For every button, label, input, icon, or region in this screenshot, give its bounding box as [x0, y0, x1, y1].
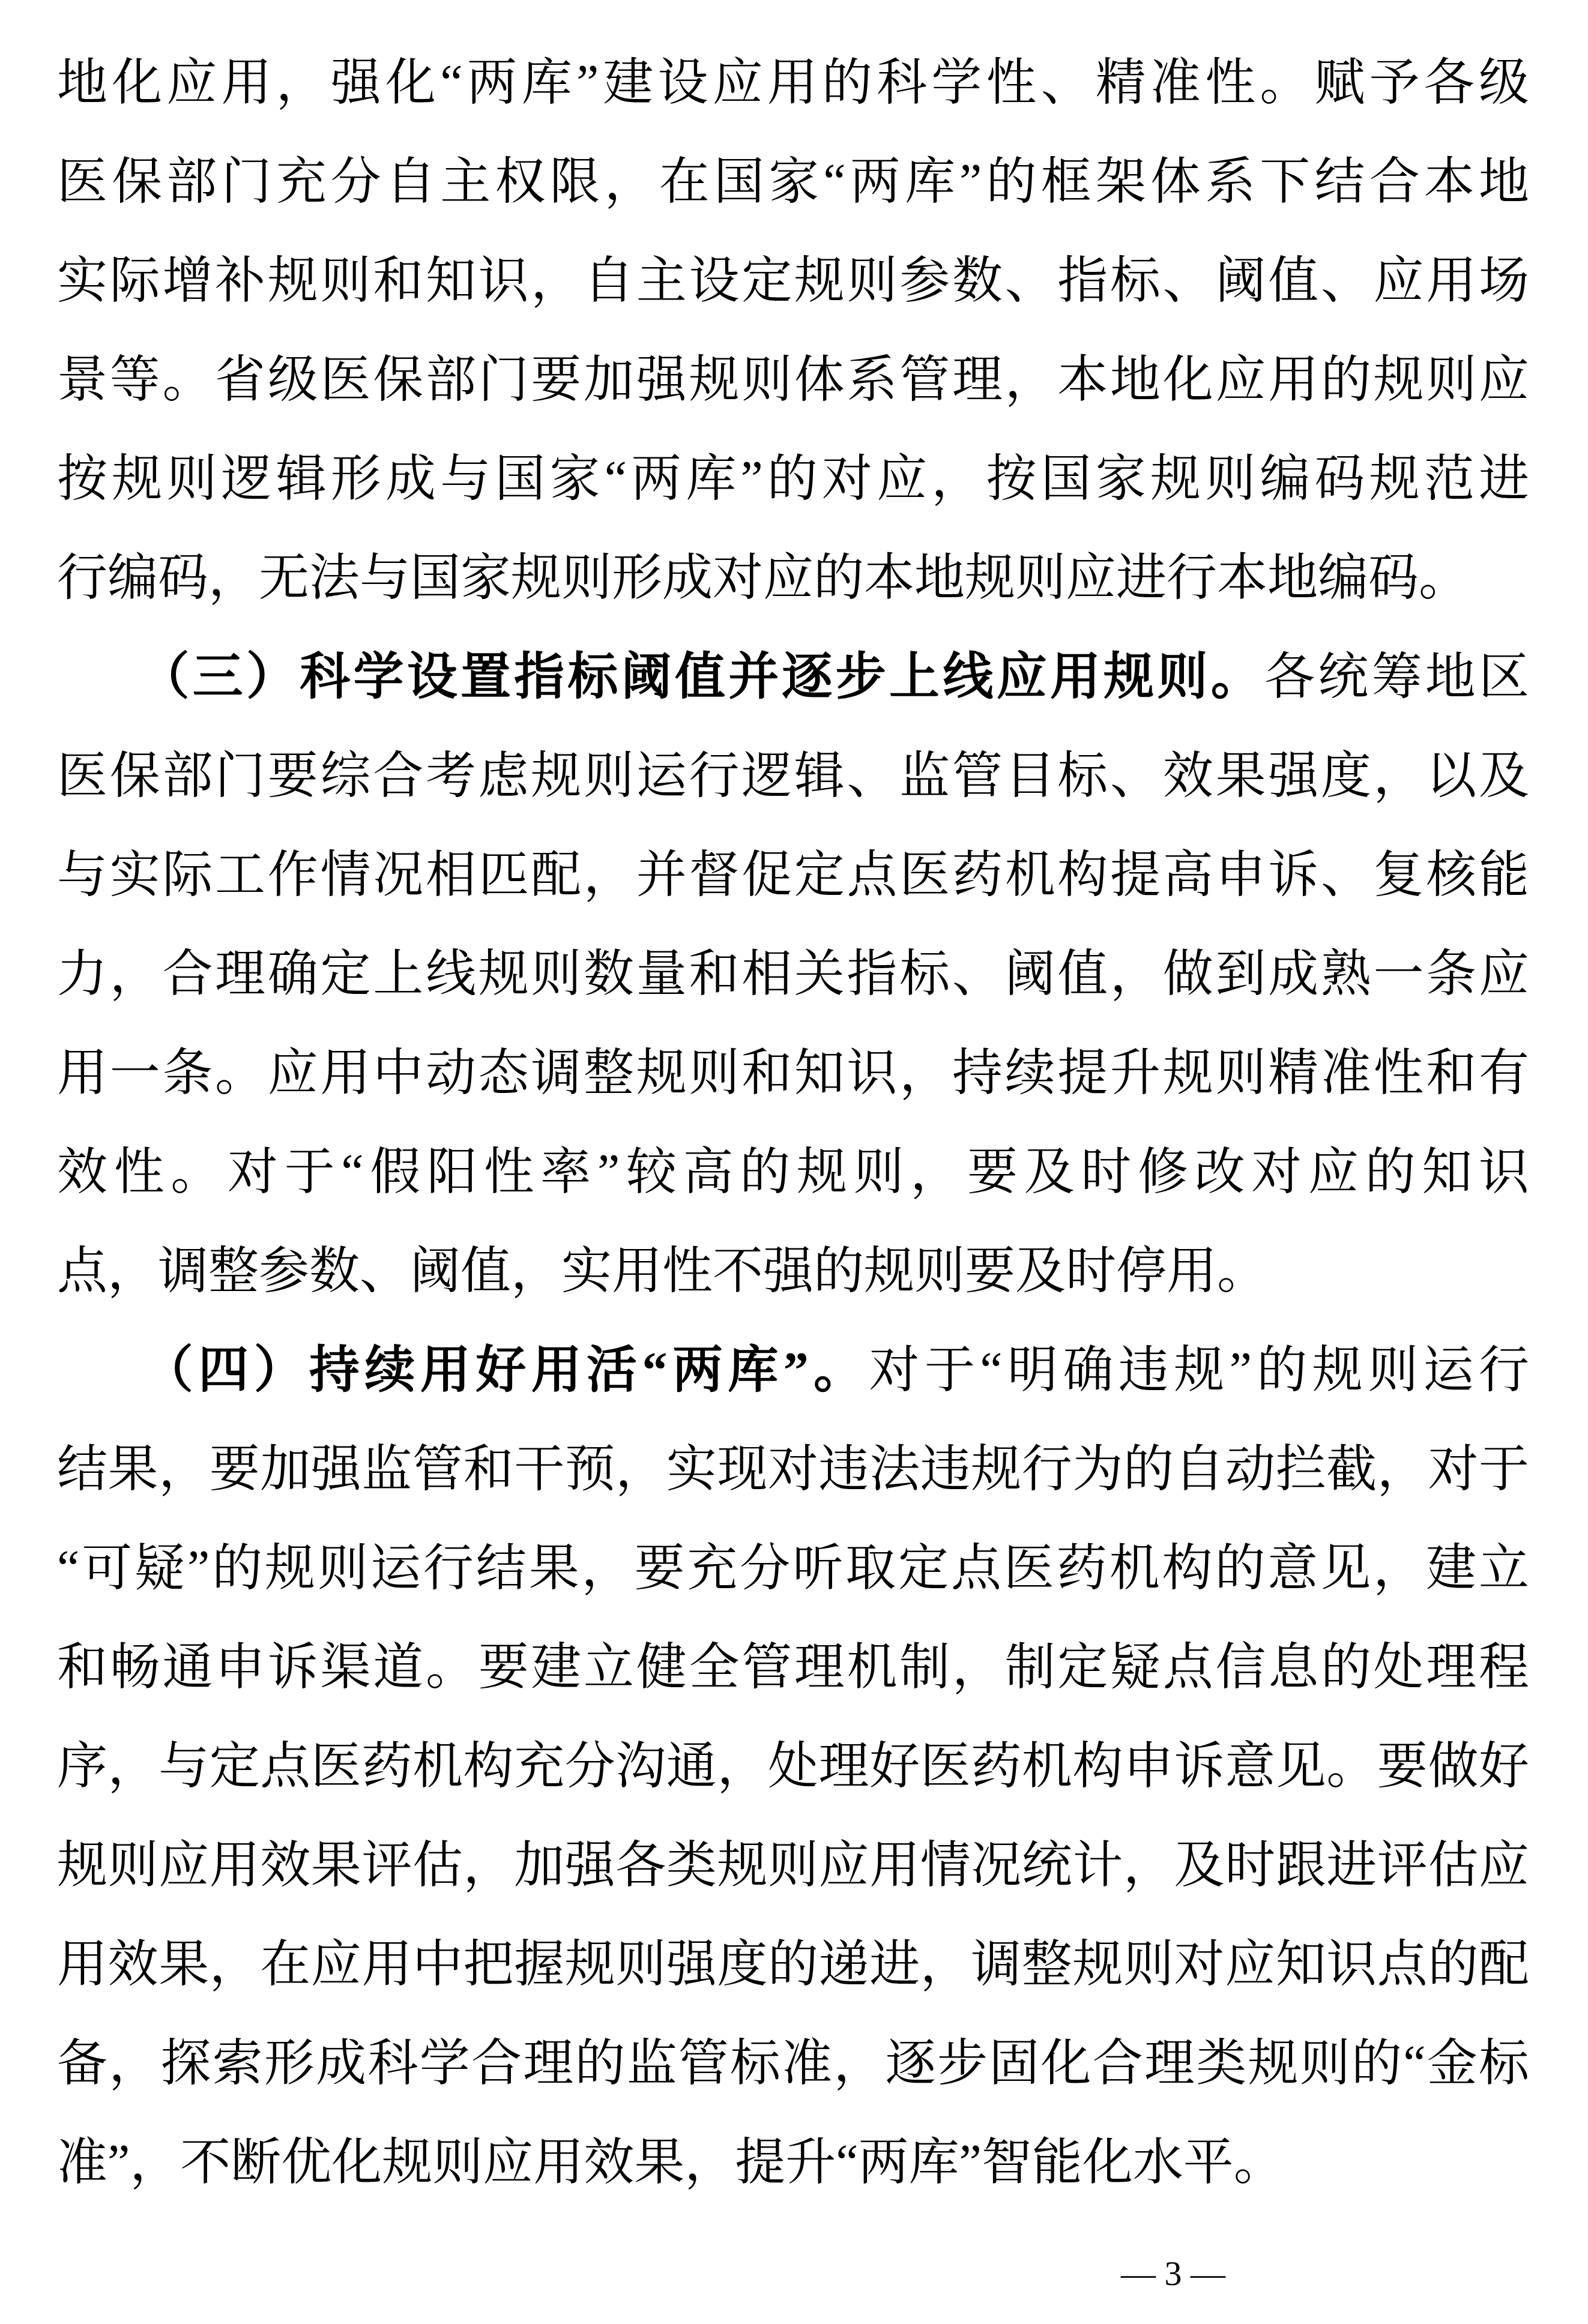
body-text: 规则应用效果评估，加强各类规则应用情况统计，及时跟进评估应 — [57, 1838, 1529, 1894]
text-line: 实际增补规则和知识，自主设定规则参数、指标、阈值、应用场 — [57, 232, 1529, 331]
body-text: 用一条。应用中动态调整规则和知识，持续提升规则精准性和有 — [57, 1046, 1529, 1101]
text-line: 力，合理确定上线规则数量和相关指标、阈值，做到成熟一条应 — [57, 925, 1529, 1024]
heading-text: （四）持续用好用活“两库”。 — [168, 1343, 869, 1398]
text-line: （四）持续用好用活“两库”。对于“明确违规”的规则运行 — [57, 1321, 1529, 1420]
document-page: { "page": { "background": "#ffffff", "te… — [0, 0, 1588, 2324]
text-line: 医保部门充分自主权限，在国家“两库”的框架体系下结合本地 — [57, 133, 1529, 232]
text-line: 备，探索形成科学合理的监管标准，逐步固化合理类规则的“金标 — [57, 2014, 1529, 2113]
text-line: 准”，不断优化规则应用效果，提升“两库”智能化水平。 — [57, 2113, 1529, 2212]
document-body: 地化应用，强化“两库”建设应用的科学性、精准性。赋予各级医保部门充分自主权限，在… — [57, 34, 1529, 2212]
text-line: 医保部门要综合考虑规则运行逻辑、监管目标、效果强度，以及 — [57, 727, 1529, 826]
body-text: 与实际工作情况相匹配，并督促定点医药机构提高申诉、复核能 — [57, 847, 1529, 903]
heading-text: （三）科学设置指标阈值并逐步上线应用规则。 — [165, 649, 1264, 705]
body-text: 点，调整参数、阈值，实用性不强的规则要及时停用。 — [57, 1244, 1267, 1299]
text-line: 地化应用，强化“两库”建设应用的科学性、精准性。赋予各级 — [57, 34, 1529, 133]
text-line: 序，与定点医药机构充分沟通，处理好医药机构申诉意见。要做好 — [57, 1717, 1529, 1816]
body-text: “可疑”的规则运行结果，要充分听取定点医药机构的意见，建立 — [57, 1541, 1529, 1597]
body-text: 结果，要加强监管和干预，实现对违法违规行为的自动拦截，对于 — [57, 1442, 1529, 1498]
body-text: 医保部门要综合考虑规则运行逻辑、监管目标、效果强度，以及 — [57, 748, 1529, 804]
text-line: 行编码，无法与国家规则形成对应的本地规则应进行本地编码。 — [57, 529, 1529, 628]
body-text: 效性。对于“假阳性率”较高的规则，要及时修改对应的知识 — [57, 1145, 1529, 1200]
body-text: 力，合理确定上线规则数量和相关指标、阈值，做到成熟一条应 — [57, 947, 1529, 1002]
body-text: 实际增补规则和知识，自主设定规则参数、指标、阈值、应用场 — [57, 253, 1529, 309]
text-line: 结果，要加强监管和干预，实现对违法违规行为的自动拦截，对于 — [57, 1420, 1529, 1519]
text-line: 用效果，在应用中把握规则强度的递进，调整规则对应知识点的配 — [57, 1915, 1529, 2014]
text-line: “可疑”的规则运行结果，要充分听取定点医药机构的意见，建立 — [57, 1519, 1529, 1618]
text-line: 按规则逻辑形成与国家“两库”的对应，按国家规则编码规范进 — [57, 430, 1529, 529]
body-text: 准”，不断优化规则应用效果，提升“两库”智能化水平。 — [57, 2135, 1284, 2191]
text-line: 和畅通申诉渠道。要建立健全管理机制，制定疑点信息的处理程 — [57, 1618, 1529, 1717]
body-text: 用效果，在应用中把握规则强度的递进，调整规则对应知识点的配 — [57, 1937, 1529, 1993]
text-line: 景等。省级医保部门要加强规则体系管理，本地化应用的规则应 — [57, 331, 1529, 430]
body-text — [57, 649, 165, 705]
body-text: 序，与定点医药机构充分沟通，处理好医药机构申诉意见。要做好 — [57, 1739, 1529, 1795]
text-line: 点，调整参数、阈值，实用性不强的规则要及时停用。 — [57, 1222, 1529, 1321]
body-text: 地化应用，强化“两库”建设应用的科学性、精准性。赋予各级 — [57, 55, 1529, 111]
body-text: 按规则逻辑形成与国家“两库”的对应，按国家规则编码规范进 — [57, 451, 1529, 507]
body-text: 行编码，无法与国家规则形成对应的本地规则应进行本地编码。 — [57, 550, 1469, 606]
text-line: 效性。对于“假阳性率”较高的规则，要及时修改对应的知识 — [57, 1123, 1529, 1222]
page-number: — 3 — — [1121, 2251, 1225, 2296]
text-line: （三）科学设置指标阈值并逐步上线应用规则。各统筹地区 — [57, 628, 1529, 727]
text-line: 用一条。应用中动态调整规则和知识，持续提升规则精准性和有 — [57, 1024, 1529, 1123]
text-line: 与实际工作情况相匹配，并督促定点医药机构提高申诉、复核能 — [57, 826, 1529, 925]
body-text: 各统筹地区 — [1264, 649, 1529, 705]
body-text: 备，探索形成科学合理的监管标准，逐步固化合理类规则的“金标 — [57, 2036, 1529, 2092]
text-line: 规则应用效果评估，加强各类规则应用情况统计，及时跟进评估应 — [57, 1816, 1529, 1915]
body-text: 对于“明确违规”的规则运行 — [869, 1343, 1529, 1398]
body-text: 和畅通申诉渠道。要建立健全管理机制，制定疑点信息的处理程 — [57, 1640, 1529, 1696]
body-text — [57, 1343, 168, 1398]
body-text: 医保部门充分自主权限，在国家“两库”的框架体系下结合本地 — [57, 154, 1529, 210]
body-text: 景等。省级医保部门要加强规则体系管理，本地化应用的规则应 — [57, 352, 1529, 408]
